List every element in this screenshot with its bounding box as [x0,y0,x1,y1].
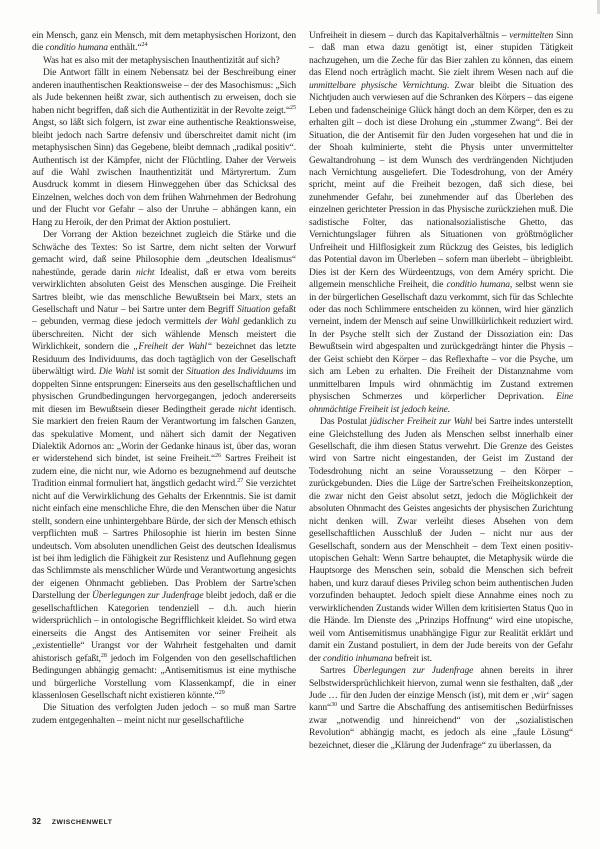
text-run: Die Situation des verfolgten Juden jedoc… [32,703,296,725]
footnote-reference: 29 [219,690,225,696]
text-run: befreit ist. [393,654,432,664]
italic-text: conditio humana [447,280,510,290]
paragraph: Der Vorrang der Aktion bezeichnet zuglei… [32,229,296,702]
text-run: , selbst wenn sie in der bürgerlichen Ge… [309,280,573,402]
italic-text: nicht [238,405,256,415]
text-run: bei Sartre indes unterstellt eine Gleich… [309,417,573,664]
text-run: Was hat es also mit der metaphysischen I… [43,56,280,66]
journal-page: ein Mensch, ganz ein Mensch, mit dem met… [0,0,600,849]
italic-text: vermittelten [509,31,553,41]
italic-text: conditio humana [46,43,108,53]
text-run: Unfreiheit in diesem – durch das Kapital… [309,31,509,41]
paragraph: Die Antwort fällt in einem Nebensatz bei… [32,67,296,229]
paragraph: Das Postulat jüdischer Freiheit zur Wahl… [309,416,573,665]
text-run: Sartres [320,666,353,676]
text-run: Angst, so läßt sich folgern, ist zwar ei… [32,118,296,228]
italic-text: der Wahl [205,317,240,327]
paragraph: Was hat es also mit der metaphysischen I… [32,55,296,67]
paragraph: Die Situation des verfolgten Juden jedoc… [32,702,296,727]
text-run: Die Antwort fällt in einem Nebensatz bei… [32,68,296,115]
footnote-reference: 24 [141,42,147,48]
italic-text: Die Wahl [99,367,134,377]
text-run: enthält.“ [108,43,142,53]
text-run: . Zwar bleibt die Situation des Nichtjud… [309,81,573,290]
italic-text: nicht [136,268,154,278]
text-run: ist somit der [134,367,186,377]
right-column: Unfreiheit in diesem – durch das Kapital… [309,30,573,808]
italic-text: Überlegungen zur Judenfrage [353,666,474,676]
text-run: Das Postulat [320,417,370,427]
italic-text: „Freiheit der Wahl“ [133,342,212,352]
italic-text: conditio inhumana [323,654,392,664]
paragraph: ein Mensch, ganz ein Mensch, mit dem met… [32,30,296,55]
article-text-block: ein Mensch, ganz ein Mensch, mit dem met… [32,30,573,808]
paragraph: Sartres Überlegungen zur Judenfrage ahne… [309,665,573,752]
paragraph: Unfreiheit in diesem – durch das Kapital… [309,30,573,416]
journal-name: ZWISCHENWELT [52,819,112,826]
page-number: 32 [32,817,41,826]
italic-text: jüdischer Freiheit zur Wahl [370,417,473,427]
italic-text: Situation [237,305,270,315]
left-column: ein Mensch, ganz ein Mensch, mit dem met… [32,30,296,808]
text-run: Sie verzichtet nicht auf die Verwirklich… [32,479,296,601]
italic-text: Situation des Individuums [186,367,283,377]
italic-text: Überlegungen zur Judenfrage [92,591,203,601]
italic-text: unmittelbare physische Vernichtung [309,81,447,91]
text-run: und Sartre die Abschaffung des antisemit… [309,703,573,750]
footnote-reference: 25 [290,105,296,111]
page-footer: 32 ZWISCHENWELT [32,817,112,826]
